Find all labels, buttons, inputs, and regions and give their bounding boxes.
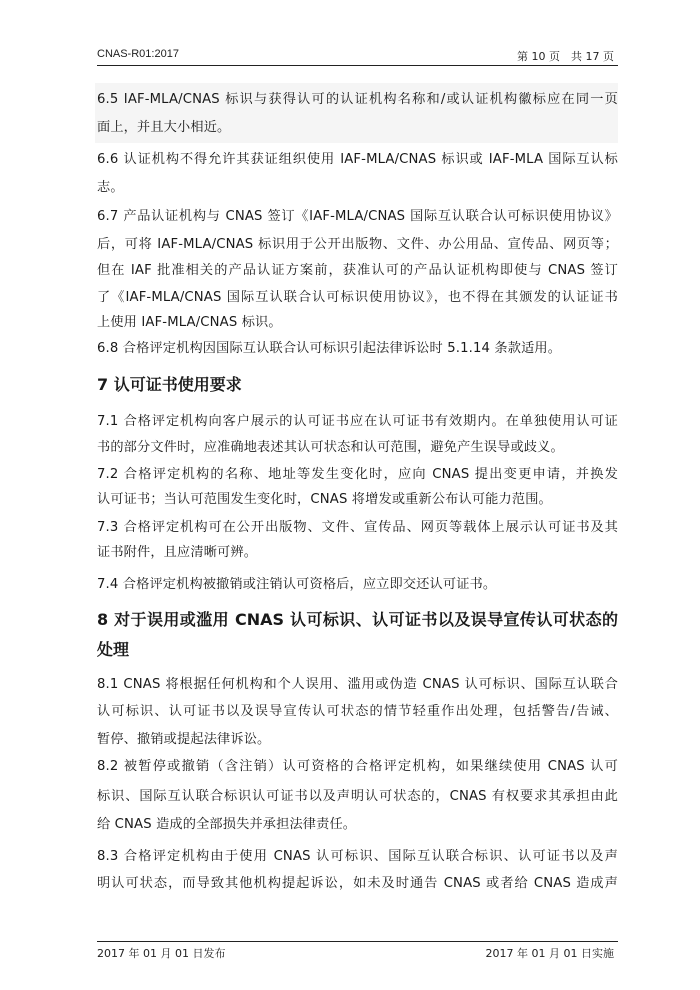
clause-8-2-line-1: 8.2 被暂停或撤销（含注销）认可资格的合格评定机构，如果继续使用 CNAS 认…	[97, 758, 618, 776]
clause-8-2-line-3: 给 CNAS 造成的全部损失并承担法律责任。	[97, 816, 618, 834]
clause-6-6-line-2: 志。	[97, 179, 618, 197]
page-header: CNAS-R01:2017 第 10 页 共 17 页	[97, 47, 618, 66]
clause-6-5-line-1: 6.5 IAF-MLA/CNAS 标识与获得认可的认证机构名称和/或认证机构徽标…	[97, 91, 618, 109]
clause-6-7-line-5: 上使用 IAF-MLA/CNAS 标识。	[97, 314, 618, 332]
page-number: 第 10 页 共 17 页	[517, 48, 614, 64]
clause-8-1-line-3: 暂停、撤销或提起法律诉讼。	[97, 731, 618, 749]
document-page: CNAS-R01:2017 第 10 页 共 17 页 6.5 IAF-MLA/…	[0, 0, 700, 990]
clause-8-3-line-1: 8.3 合格评定机构由于使用 CNAS 认可标识、国际互认联合标识、认可证书以及…	[97, 848, 618, 866]
clause-7-3-line-2: 证书附件，且应清晰可辨。	[97, 544, 618, 562]
clause-8-3-line-2: 明认可状态，而导致其他机构提起诉讼，如未及时通告 CNAS 或者给 CNAS 造…	[97, 875, 618, 893]
clause-7-4: 7.4 合格评定机构被撤销或注销认可资格后，应立即交还认可证书。	[97, 576, 618, 594]
clause-8-2-line-2: 标识、国际互认联合标识认可证书以及声明认可状态的，CNAS 有权要求其承担由此	[97, 788, 618, 806]
clause-6-7-line-3: 但在 IAF 批准相关的产品认证方案前，获准认可的产品认证机构即使与 CNAS …	[97, 262, 618, 280]
clause-6-5-line-2: 面上，并且大小相近。	[97, 119, 618, 137]
clause-8-1-line-2: 认可标识、认可证书以及误导宣传认可状态的情节轻重作出处理，包括警告/告诫、	[97, 703, 618, 721]
clause-6-7-line-1: 6.7 产品认证机构与 CNAS 签订《IAF-MLA/CNAS 国际互认联合认…	[97, 208, 618, 226]
document-id: CNAS-R01:2017	[97, 48, 179, 60]
clause-7-1-line-1: 7.1 合格评定机构向客户展示的认可证书应在认可证书有效期内。在单独使用认可证	[97, 413, 618, 431]
page-footer: 2017 年 01 月 01 日发布 2017 年 01 月 01 日实施	[97, 941, 618, 942]
clause-6-7-line-4: 了《IAF-MLA/CNAS 国际互认联合认可标识使用协议》，也不得在其颁发的认…	[97, 289, 618, 307]
effective-date: 2017 年 01 月 01 日实施	[486, 945, 614, 961]
section-7-heading: 7 认可证书使用要求	[97, 375, 242, 395]
section-8-heading-line-2: 处理	[97, 640, 129, 660]
clause-7-2-line-1: 7.2 合格评定机构的名称、地址等发生变化时，应向 CNAS 提出变更申请，并换…	[97, 466, 618, 484]
clause-7-1-line-2: 书的部分文件时，应准确地表述其认可状态和认可范围，避免产生误导或歧义。	[97, 439, 618, 457]
clause-6-6-line-1: 6.6 认证机构不得允许其获证组织使用 IAF-MLA/CNAS 标识或 IAF…	[97, 151, 618, 169]
clause-7-3-line-1: 7.3 合格评定机构可在公开出版物、文件、宣传品、网页等载体上展示认可证书及其	[97, 519, 618, 537]
issue-date: 2017 年 01 月 01 日发布	[97, 945, 225, 961]
clause-6-8: 6.8 合格评定机构因国际互认联合认可标识引起法律诉讼时 5.1.14 条款适用…	[97, 340, 618, 358]
clause-7-2-line-2: 认可证书；当认可范围发生变化时，CNAS 将增发或重新公布认可能力范围。	[97, 491, 618, 509]
clause-8-1-line-1: 8.1 CNAS 将根据任何机构和个人误用、滥用或伪造 CNAS 认可标识、国际…	[97, 676, 618, 694]
clause-6-7-line-2: 后，可将 IAF-MLA/CNAS 标识用于公开出版物、文件、办公用品、宣传品、…	[97, 236, 618, 254]
section-8-heading-line-1: 8 对于误用或滥用 CNAS 认可标识、认可证书以及误导宣传认可状态的	[97, 610, 618, 630]
